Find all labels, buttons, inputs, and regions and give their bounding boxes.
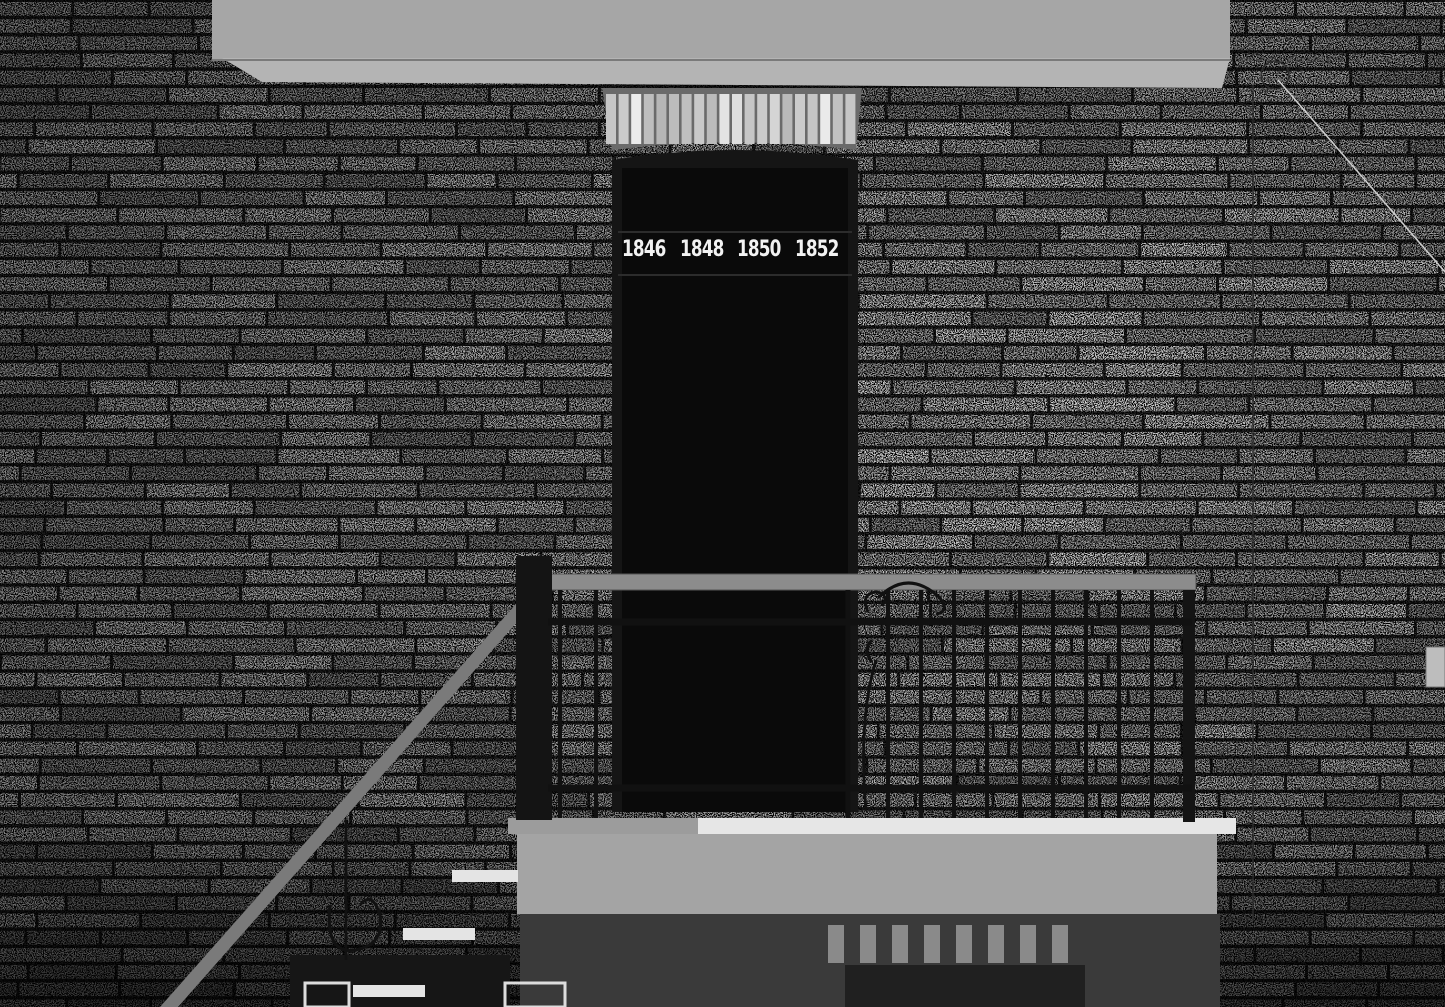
address-number: 1848 <box>680 237 723 262</box>
door-arch <box>602 88 862 150</box>
address-number: 1852 <box>795 237 838 262</box>
address-numbers: 1846 1848 1850 1852 <box>622 234 846 264</box>
facade-drawing <box>0 0 1445 1007</box>
address-number: 1846 <box>622 237 665 262</box>
lower-arch <box>520 914 1220 1007</box>
wall-box <box>1426 647 1445 687</box>
balcony-slab <box>508 818 1236 914</box>
address-number: 1850 <box>737 237 780 262</box>
facade-photo: 1846 1848 1850 1852 <box>0 0 1445 1007</box>
top-lintel <box>212 0 1230 88</box>
